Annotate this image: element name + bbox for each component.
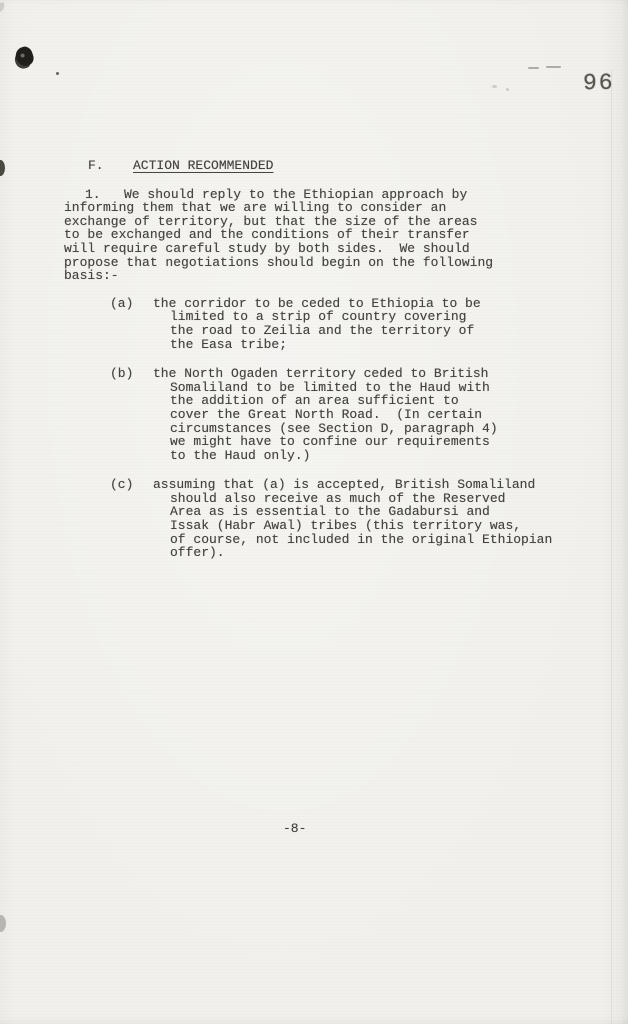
- faint-speck: [506, 88, 509, 91]
- item-label-c: (c): [110, 478, 153, 560]
- list-item-b: (b) the North Ogaden territory ceded to …: [110, 367, 572, 462]
- left-edge-smudge: [0, 915, 6, 932]
- pencil-dash: [528, 67, 539, 69]
- list-item-a: (a) the corridor to be ceded to Ethiopia…: [110, 297, 572, 351]
- scanned-document-page: 96 F. ACTION RECOMMENDED 1. We should re…: [0, 0, 628, 1024]
- paragraph-1: 1. We should reply to the Ethiopian appr…: [64, 188, 572, 283]
- typed-content: F. ACTION RECOMMENDED 1. We should reply…: [64, 159, 572, 576]
- vertical-crease: [611, 70, 612, 1024]
- item-label-b: (b): [110, 367, 153, 462]
- section-letter: F.: [88, 159, 133, 173]
- item-text-b: the North Ogaden territory ceded to Brit…: [153, 367, 498, 462]
- section-heading: F. ACTION RECOMMENDED: [88, 159, 572, 173]
- page-stamp-number: 96: [583, 72, 615, 96]
- ink-speck: [56, 72, 59, 75]
- left-edge-hole-mark: [0, 160, 5, 176]
- section-title: ACTION RECOMMENDED: [133, 159, 273, 173]
- list-item-c: (c) assuming that (a) is accepted, Briti…: [110, 478, 572, 560]
- faint-speck: [492, 85, 497, 88]
- item-text-a: the corridor to be ceded to Ethiopia to …: [153, 297, 481, 351]
- item-text-c: assuming that (a) is accepted, British S…: [153, 478, 552, 560]
- pencil-dash: [546, 66, 561, 68]
- basis-list: (a) the corridor to be ceded to Ethiopia…: [64, 297, 572, 560]
- corner-scan-mark: [0, 1, 6, 13]
- ink-blob: [13, 45, 35, 68]
- page-number: -8-: [283, 822, 306, 836]
- item-label-a: (a): [110, 297, 153, 351]
